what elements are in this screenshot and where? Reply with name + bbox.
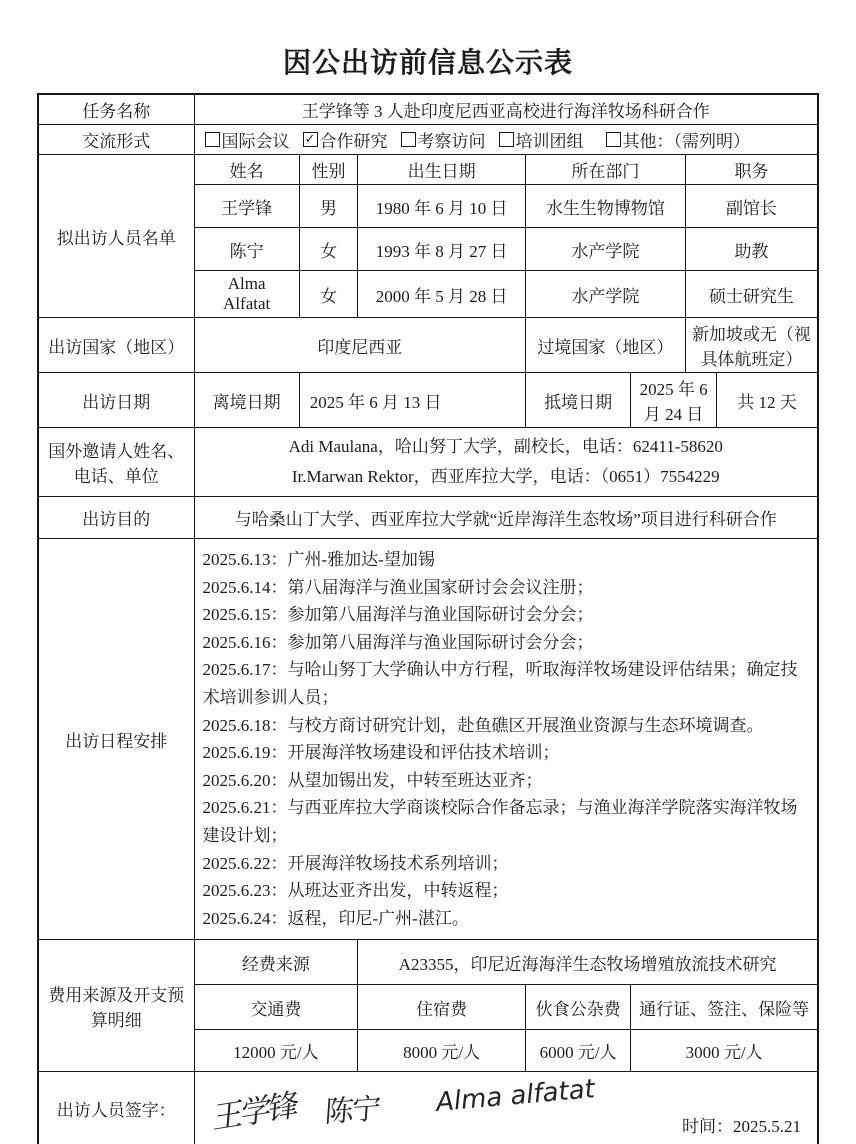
checkbox-other[interactable]: 其他：（需列明） bbox=[606, 127, 751, 152]
exchange-form-label: 交流形式 bbox=[38, 125, 194, 155]
checkbox-icon bbox=[401, 132, 416, 147]
person-birth: 2000 年 5 月 28 日 bbox=[358, 271, 526, 318]
budget-source-value: A23355，印尼近海海洋生态牧场增殖放流技术研究 bbox=[358, 940, 818, 985]
personnel-list-label: 拟出访人员名单 bbox=[38, 155, 194, 318]
purpose-label: 出访目的 bbox=[38, 497, 194, 539]
signature-time: 时间：2025.5.21 bbox=[682, 1112, 801, 1137]
page-title: 因公出访前信息公示表 bbox=[0, 0, 856, 93]
person-gender: 女 bbox=[299, 228, 358, 271]
signature-label: 出访人员签字： bbox=[38, 1072, 194, 1144]
task-name-label: 任务名称 bbox=[38, 94, 194, 125]
transit-label: 过境国家（地区） bbox=[525, 318, 685, 373]
arrive-date-label: 抵境日期 bbox=[525, 373, 630, 428]
inviter-label: 国外邀请人姓名、电话、单位 bbox=[38, 428, 194, 497]
person-name: 王学锋 bbox=[194, 185, 299, 228]
destination-value: 印度尼西亚 bbox=[194, 318, 525, 373]
checkbox-mark: ✓ bbox=[305, 133, 316, 146]
itinerary-line: 2025.6.19：开展海洋牧场建设和评估技术培训； bbox=[203, 739, 810, 767]
inviter-line-2: Ir.Marwan Rektor，西亚库拉大学，电话：（0651）7554229 bbox=[199, 462, 814, 492]
itinerary-line: 2025.6.14：第八届海洋与渔业国家研讨会会议注册； bbox=[203, 574, 810, 602]
checkbox-inspection-visit[interactable]: 考察访问 bbox=[401, 127, 486, 152]
person-duty: 副馆长 bbox=[685, 185, 818, 228]
itinerary-line: 2025.6.17：与哈山努丁大学确认中方行程，听取海洋牧场建设评估结果；确定技… bbox=[203, 656, 810, 711]
destination-row: 出访国家（地区） 印度尼西亚 过境国家（地区） 新加坡或无（视具体航班定） bbox=[38, 318, 818, 373]
task-name-value: 王学锋等 3 人赴印度尼西亚高校进行海洋牧场科研合作 bbox=[194, 94, 818, 125]
destination-label: 出访国家（地区） bbox=[38, 318, 194, 373]
fee-header-lodging: 住宿费 bbox=[358, 985, 526, 1030]
task-name-row: 任务名称 王学锋等 3 人赴印度尼西亚高校进行海洋牧场科研合作 bbox=[38, 94, 818, 125]
itinerary-label: 出访日程安排 bbox=[38, 539, 194, 940]
signature-row: 出访人员签字： 王学锋 陈宁 Alma alfatat 时间：2025.5.21 bbox=[38, 1072, 818, 1144]
person-dept: 水产学院 bbox=[525, 271, 685, 318]
signature-cell: 王学锋 陈宁 Alma alfatat 时间：2025.5.21 bbox=[194, 1072, 818, 1144]
depart-date-label: 离境日期 bbox=[194, 373, 299, 428]
itinerary-line: 2025.6.24：返程，印尼-广州-湛江。 bbox=[203, 905, 810, 933]
personnel-header-name: 姓名 bbox=[194, 155, 299, 185]
itinerary-value: 2025.6.13：广州-雅加达-望加锡 2025.6.14：第八届海洋与渔业国… bbox=[194, 539, 818, 940]
budget-source-row: 费用来源及开支预算明细 经费来源 A23355，印尼近海海洋生态牧场增殖放流技术… bbox=[38, 940, 818, 985]
fee-value-visa: 3000 元/人 bbox=[631, 1030, 818, 1072]
itinerary-line: 2025.6.18：与校方商讨研究计划，赴鱼礁区开展渔业资源与生态环境调查。 bbox=[203, 712, 810, 740]
fee-value-meals: 6000 元/人 bbox=[525, 1030, 630, 1072]
publicity-form-page: 因公出访前信息公示表 任务名称 王学锋等 3 人赴印度尼西亚高校进行海洋牧场科研… bbox=[0, 0, 856, 1144]
fee-header-visa: 通行证、签注、保险等 bbox=[631, 985, 818, 1030]
personnel-header-gender: 性别 bbox=[299, 155, 358, 185]
fee-value-transport: 12000 元/人 bbox=[194, 1030, 358, 1072]
handwritten-signature: Alma alfatat bbox=[434, 1074, 595, 1118]
checkbox-icon: ✓ bbox=[303, 132, 318, 147]
person-birth: 1980 年 6 月 10 日 bbox=[358, 185, 526, 228]
itinerary-line: 2025.6.15：参加第八届海洋与渔业国际研讨会分会； bbox=[203, 601, 810, 629]
person-duty: 硕士研究生 bbox=[685, 271, 818, 318]
budget-label: 费用来源及开支预算明细 bbox=[38, 940, 194, 1072]
person-dept: 水产学院 bbox=[525, 228, 685, 271]
itinerary-line: 2025.6.22：开展海洋牧场技术系列培训； bbox=[203, 850, 810, 878]
itinerary-line: 2025.6.13：广州-雅加达-望加锡 bbox=[203, 546, 810, 574]
handwritten-signature: 陈宁 bbox=[323, 1086, 380, 1131]
personnel-header-duty: 职务 bbox=[685, 155, 818, 185]
transit-value: 新加坡或无（视具体航班定） bbox=[685, 318, 818, 373]
itinerary-line: 2025.6.21：与西亚库拉大学商谈校际合作备忘录；与渔业海洋学院落实海洋牧场… bbox=[203, 794, 810, 849]
depart-date-value: 2025 年 6 月 13 日 bbox=[299, 373, 525, 428]
checkbox-cooperative-research[interactable]: ✓ 合作研究 bbox=[303, 127, 388, 152]
publicity-form-table: 任务名称 王学锋等 3 人赴印度尼西亚高校进行海洋牧场科研合作 交流形式 国际会… bbox=[37, 93, 819, 1144]
arrive-date-value: 2025 年 6 月 24 日 bbox=[631, 373, 717, 428]
purpose-value: 与哈桑山丁大学、西亚库拉大学就“近岸海洋生态牧场”项目进行科研合作 bbox=[194, 497, 818, 539]
checkbox-icon bbox=[499, 132, 514, 147]
purpose-row: 出访目的 与哈桑山丁大学、西亚库拉大学就“近岸海洋生态牧场”项目进行科研合作 bbox=[38, 497, 818, 539]
fee-header-meals: 伙食公杂费 bbox=[525, 985, 630, 1030]
itinerary-line: 2025.6.23：从班达亚齐出发，中转返程； bbox=[203, 877, 810, 905]
person-name: Alma Alfatat bbox=[194, 271, 299, 318]
total-days: 共 12 天 bbox=[717, 373, 818, 428]
checkbox-label: 考察访问 bbox=[418, 127, 486, 152]
itinerary-row: 出访日程安排 2025.6.13：广州-雅加达-望加锡 2025.6.14：第八… bbox=[38, 539, 818, 940]
exchange-options: 国际会议 ✓ 合作研究 考察访问 培训团组 bbox=[199, 127, 814, 152]
person-gender: 女 bbox=[299, 271, 358, 318]
fee-header-transport: 交通费 bbox=[194, 985, 358, 1030]
checkbox-label: 合作研究 bbox=[320, 127, 388, 152]
personnel-header-row: 拟出访人员名单 姓名 性别 出生日期 所在部门 职务 bbox=[38, 155, 818, 185]
checkbox-training-group[interactable]: 培训团组 bbox=[499, 127, 584, 152]
checkbox-label: 其他：（需列明） bbox=[623, 127, 751, 152]
checkbox-label: 培训团组 bbox=[516, 127, 584, 152]
inviter-value: Adi Maulana，哈山努丁大学，副校长，电话：62411-58620 Ir… bbox=[194, 428, 818, 497]
personnel-header-birth: 出生日期 bbox=[358, 155, 526, 185]
checkbox-label: 国际会议 bbox=[222, 127, 290, 152]
handwritten-signature: 王学锋 bbox=[211, 1079, 298, 1138]
person-birth: 1993 年 8 月 27 日 bbox=[358, 228, 526, 271]
person-dept: 水生生物博物馆 bbox=[525, 185, 685, 228]
person-duty: 助教 bbox=[685, 228, 818, 271]
dates-label: 出访日期 bbox=[38, 373, 194, 428]
checkbox-international-conference[interactable]: 国际会议 bbox=[205, 127, 290, 152]
personnel-header-dept: 所在部门 bbox=[525, 155, 685, 185]
exchange-form-row: 交流形式 国际会议 ✓ 合作研究 考察访问 bbox=[38, 125, 818, 155]
budget-source-label: 经费来源 bbox=[194, 940, 358, 985]
inviter-row: 国外邀请人姓名、电话、单位 Adi Maulana，哈山努丁大学，副校长，电话：… bbox=[38, 428, 818, 497]
itinerary-line: 2025.6.16：参加第八届海洋与渔业国际研讨会分会； bbox=[203, 629, 810, 657]
person-name: 陈宁 bbox=[194, 228, 299, 271]
fee-value-lodging: 8000 元/人 bbox=[358, 1030, 526, 1072]
checkbox-icon bbox=[606, 132, 621, 147]
dates-row: 出访日期 离境日期 2025 年 6 月 13 日 抵境日期 2025 年 6 … bbox=[38, 373, 818, 428]
itinerary-line: 2025.6.20：从望加锡出发，中转至班达亚齐； bbox=[203, 767, 810, 795]
checkbox-icon bbox=[205, 132, 220, 147]
person-gender: 男 bbox=[299, 185, 358, 228]
inviter-line-1: Adi Maulana，哈山努丁大学，副校长，电话：62411-58620 bbox=[199, 432, 814, 462]
